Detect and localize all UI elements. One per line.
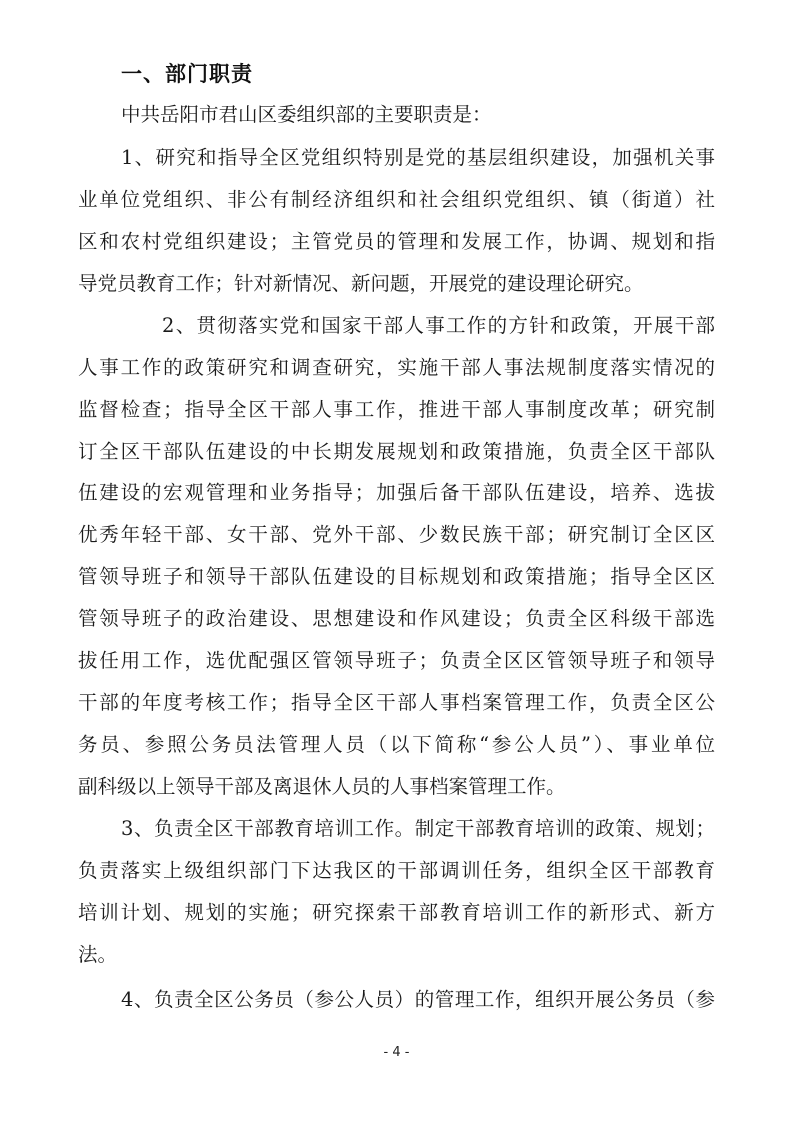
- text-line: 管领导班子和领导干部队伍建设的目标规划和政策措施；指导全区区: [78, 562, 715, 592]
- text-line: 伍建设的宏观管理和业务指导；加强后备干部队伍建设，培养、选拔: [78, 478, 715, 508]
- text-line: 中共岳阳市君山区委组织部的主要职责是：: [121, 100, 715, 130]
- text-line: 订全区干部队伍建设的中长期发展规划和政策措施，负责全区干部队: [78, 437, 715, 467]
- page-number: - 4 -: [0, 1045, 793, 1060]
- text-line: 导党员教育工作；针对新情况、新问题，开展党的建设理论研究。: [78, 269, 715, 299]
- text-line: 拔任用工作，选优配强区管领导班子；负责全区区管领导班子和领导: [78, 646, 715, 676]
- text-line: 干部的年度考核工作；指导全区干部人事档案管理工作，负责全区公: [78, 688, 715, 718]
- text-line: 人事工作的政策研究和调查研究，实施干部人事法规制度落实情况的: [78, 353, 715, 383]
- text-line: 管领导班子的政治建设、思想建设和作风建设；负责全区科级干部选: [78, 604, 715, 634]
- text-line: 3、负责全区干部教育培训工作。制定干部教育培训的政策、规划；: [121, 814, 715, 844]
- document-page: 一、部门职责 中共岳阳市君山区委组织部的主要职责是： 1、研究和指导全区党组织特…: [0, 0, 793, 1122]
- text-line: 监督检查；指导全区干部人事工作，推进干部人事制度改革；研究制: [78, 395, 715, 425]
- text-line: 业单位党组织、非公有制经济组织和社会组织党组织、镇（街道）社: [78, 185, 715, 215]
- text-line: 区和农村党组织建设；主管党员的管理和发展工作，协调、规划和指: [78, 227, 715, 257]
- text-line: 优秀年轻干部、女干部、党外干部、少数民族干部；研究制订全区区: [78, 520, 715, 550]
- text-line: 1、研究和指导全区党组织特别是党的基层组织建设，加强机关事: [121, 143, 715, 173]
- text-line: 务员、参照公务员法管理人员（以下简称“参公人员”）、事业单位: [78, 730, 715, 760]
- section-heading: 一、部门职责: [121, 58, 253, 88]
- text-line: 4、负责全区公务员（参公人员）的管理工作，组织开展公务员（参: [121, 985, 715, 1015]
- text-line: 培训计划、规划的实施；研究探索干部教育培训工作的新形式、新方: [78, 898, 715, 928]
- text-line: 负责落实上级组织部门下达我区的干部调训任务，组织全区干部教育: [78, 856, 715, 886]
- text-line: 2、贯彻落实党和国家干部人事工作的方针和政策，开展干部: [162, 311, 715, 341]
- text-line: 副科级以上领导干部及离退休人员的人事档案管理工作。: [78, 772, 715, 802]
- text-line: 法。: [78, 940, 715, 970]
